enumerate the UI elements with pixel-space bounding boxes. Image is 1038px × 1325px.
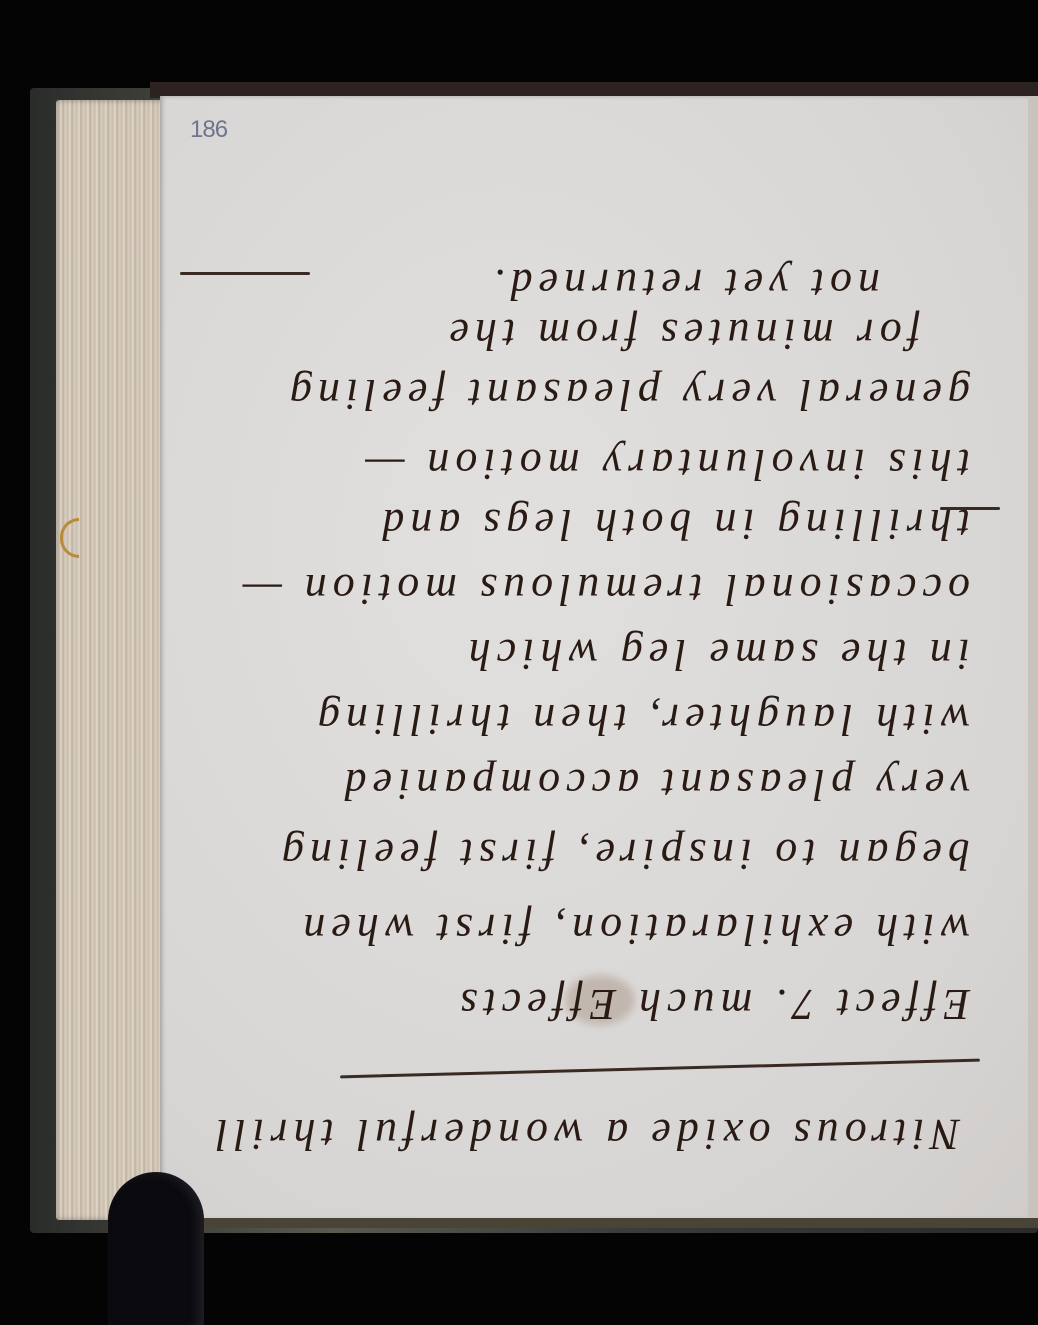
text-line: for minutes from the	[90, 309, 920, 360]
handwritten-text-block: Nitrous oxide a wonderful thrill Effect …	[170, 300, 1000, 1180]
page-right-edge	[1028, 96, 1038, 1220]
text-line: occasional tremulous motion —	[140, 564, 970, 615]
text-line: Nitrous oxide a wonderful thrill	[130, 1109, 960, 1160]
text-line: thrilling in both legs and	[140, 499, 970, 550]
folio-number: 186	[190, 116, 227, 144]
gloved-finger	[108, 1172, 204, 1325]
text-line: general very pleasant feeling	[140, 369, 970, 420]
book-bottom-edge	[150, 1218, 1038, 1228]
text-line: not yet returned.	[50, 259, 880, 310]
text-line: began to inspire, first feeling	[140, 829, 970, 880]
text-line: with laughter, then thrilling	[140, 694, 970, 745]
closing-rule	[180, 272, 310, 275]
text-line: in the same leg which	[140, 629, 970, 680]
divider-rule	[340, 1059, 980, 1079]
text-line: very pleasant accompanied	[140, 759, 970, 810]
text-line: Effect 7. much Effects	[140, 979, 970, 1030]
text-line: with exhilaration, first when	[140, 904, 970, 955]
text-line: this involuntary motion —	[140, 439, 970, 490]
margin-dash	[940, 507, 1000, 510]
